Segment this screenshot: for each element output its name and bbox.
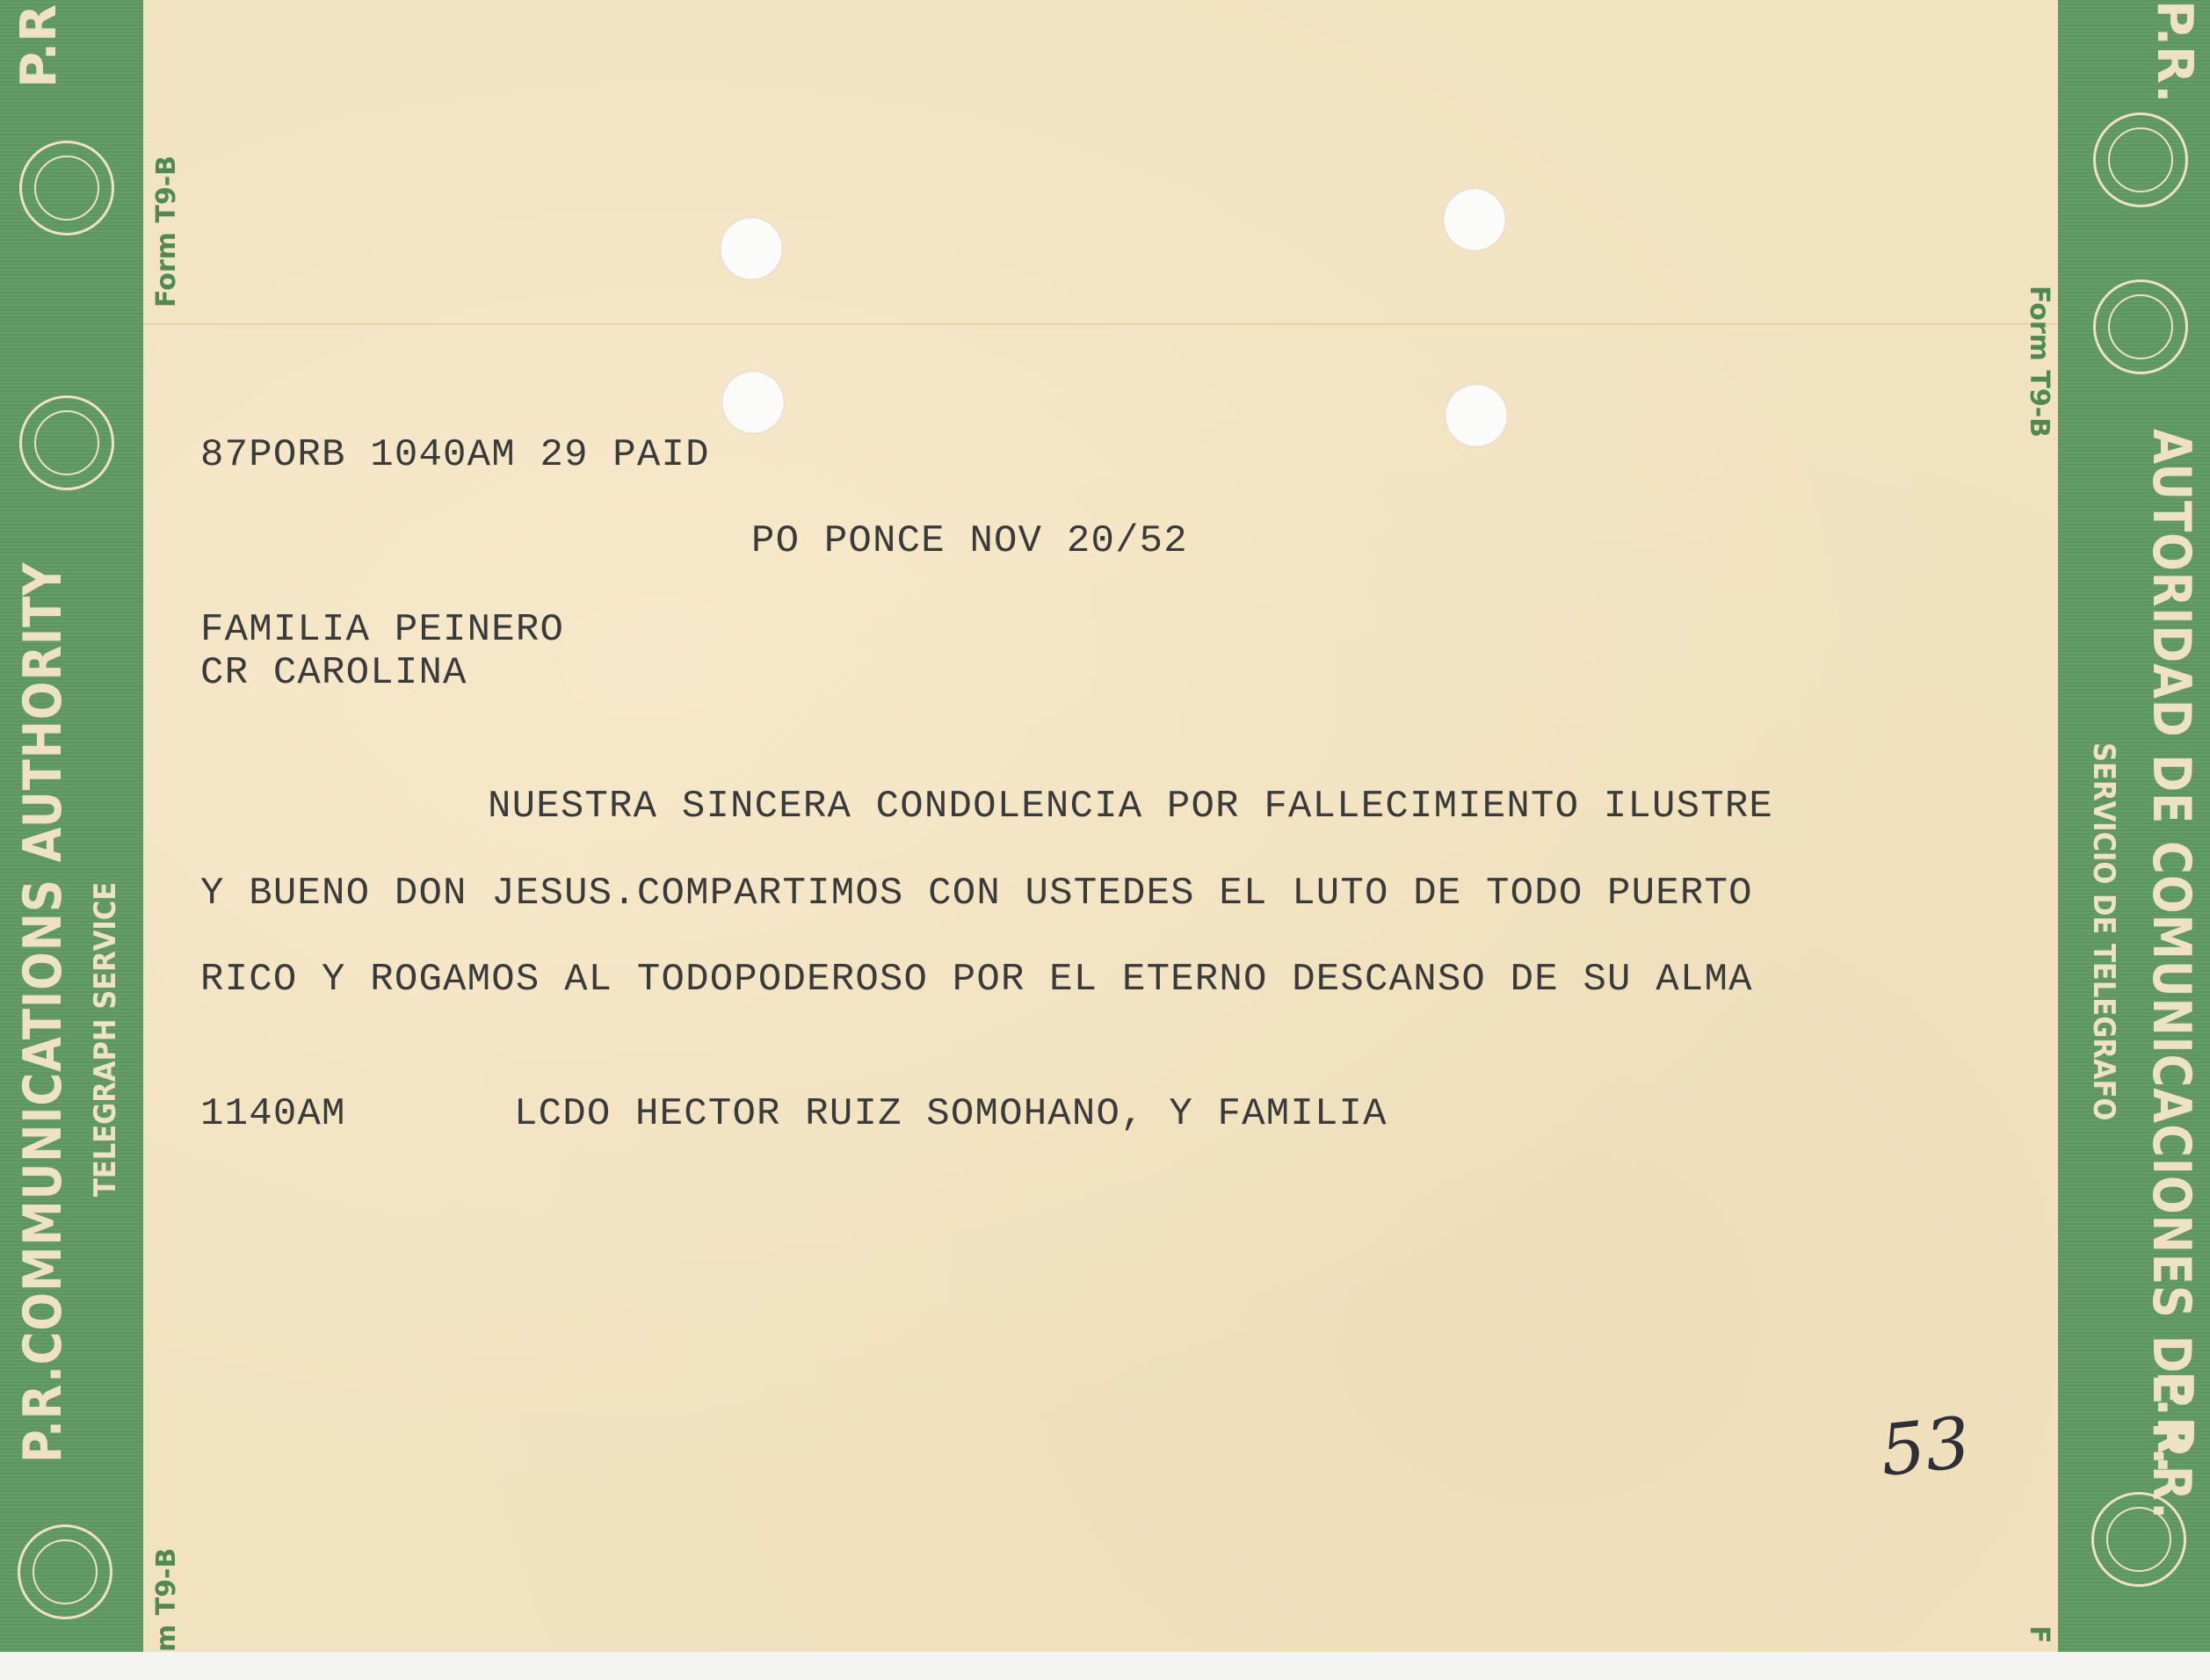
right-band-bottom-fragment: P.R. bbox=[2146, 1371, 2203, 1474]
punch-hole bbox=[721, 371, 785, 434]
seal-icon bbox=[2093, 112, 2188, 207]
left-band-top-fragment: P.R bbox=[11, 4, 68, 88]
telegram-paper: P.R P.R.COMMUNICATIONS AUTHORITY TELEGRA… bbox=[0, 0, 2210, 1652]
punch-hole bbox=[720, 217, 783, 280]
seal-icon bbox=[19, 395, 114, 490]
addressee-location: CR CAROLINA bbox=[200, 654, 467, 692]
right-band-top-fragment: P.R. bbox=[2146, 0, 2203, 103]
form-number-label: Form T9-B bbox=[151, 156, 182, 308]
left-band-subtitle: TELEGRAPH SERVICE bbox=[88, 882, 123, 1197]
form-number-label: F bbox=[2024, 1626, 2054, 1644]
handwritten-page-number: 53 bbox=[1876, 1401, 1974, 1492]
received-time: 1140AM bbox=[200, 1095, 346, 1133]
right-header-band: P.R. AUTORIDAD DE COMUNICACIONES DE P.R.… bbox=[2058, 0, 2210, 1652]
form-number-label: Form T9-B bbox=[2024, 286, 2054, 438]
seal-icon bbox=[19, 141, 114, 235]
message-body-line: RICO Y ROGAMOS AL TODOPODEROSO POR EL ET… bbox=[200, 960, 1753, 999]
sender-signature: LCDO HECTOR RUIZ SOMOHANO, Y FAMILIA bbox=[514, 1095, 1388, 1133]
message-body-line: Y BUENO DON JESUS.COMPARTIMOS CON USTEDE… bbox=[200, 874, 1753, 913]
seal-icon bbox=[2093, 279, 2188, 374]
seal-icon bbox=[18, 1524, 112, 1619]
right-band-title: AUTORIDAD DE COMUNICACIONES DE P.R. bbox=[2141, 429, 2202, 1520]
right-band-subtitle: SERVICIO DE TELEGRAFO bbox=[2086, 742, 2121, 1120]
message-body-line: NUESTRA SINCERA CONDOLENCIA POR FALLECIM… bbox=[488, 787, 1773, 826]
left-band-title: P.R.COMMUNICATIONS AUTHORITY bbox=[12, 562, 74, 1463]
punch-hole bbox=[1445, 384, 1508, 447]
addressee-name: FAMILIA PEINERO bbox=[200, 611, 564, 649]
message-origin-line: PO PONCE NOV 20/52 bbox=[751, 522, 1188, 561]
fold-line bbox=[143, 323, 2058, 326]
left-header-band: P.R P.R.COMMUNICATIONS AUTHORITY TELEGRA… bbox=[0, 0, 143, 1652]
message-header-line: 87PORB 1040AM 29 PAID bbox=[200, 436, 710, 474]
punch-hole bbox=[1443, 188, 1506, 251]
form-number-label: m T9-B bbox=[151, 1548, 182, 1652]
seal-icon bbox=[2091, 1492, 2186, 1587]
